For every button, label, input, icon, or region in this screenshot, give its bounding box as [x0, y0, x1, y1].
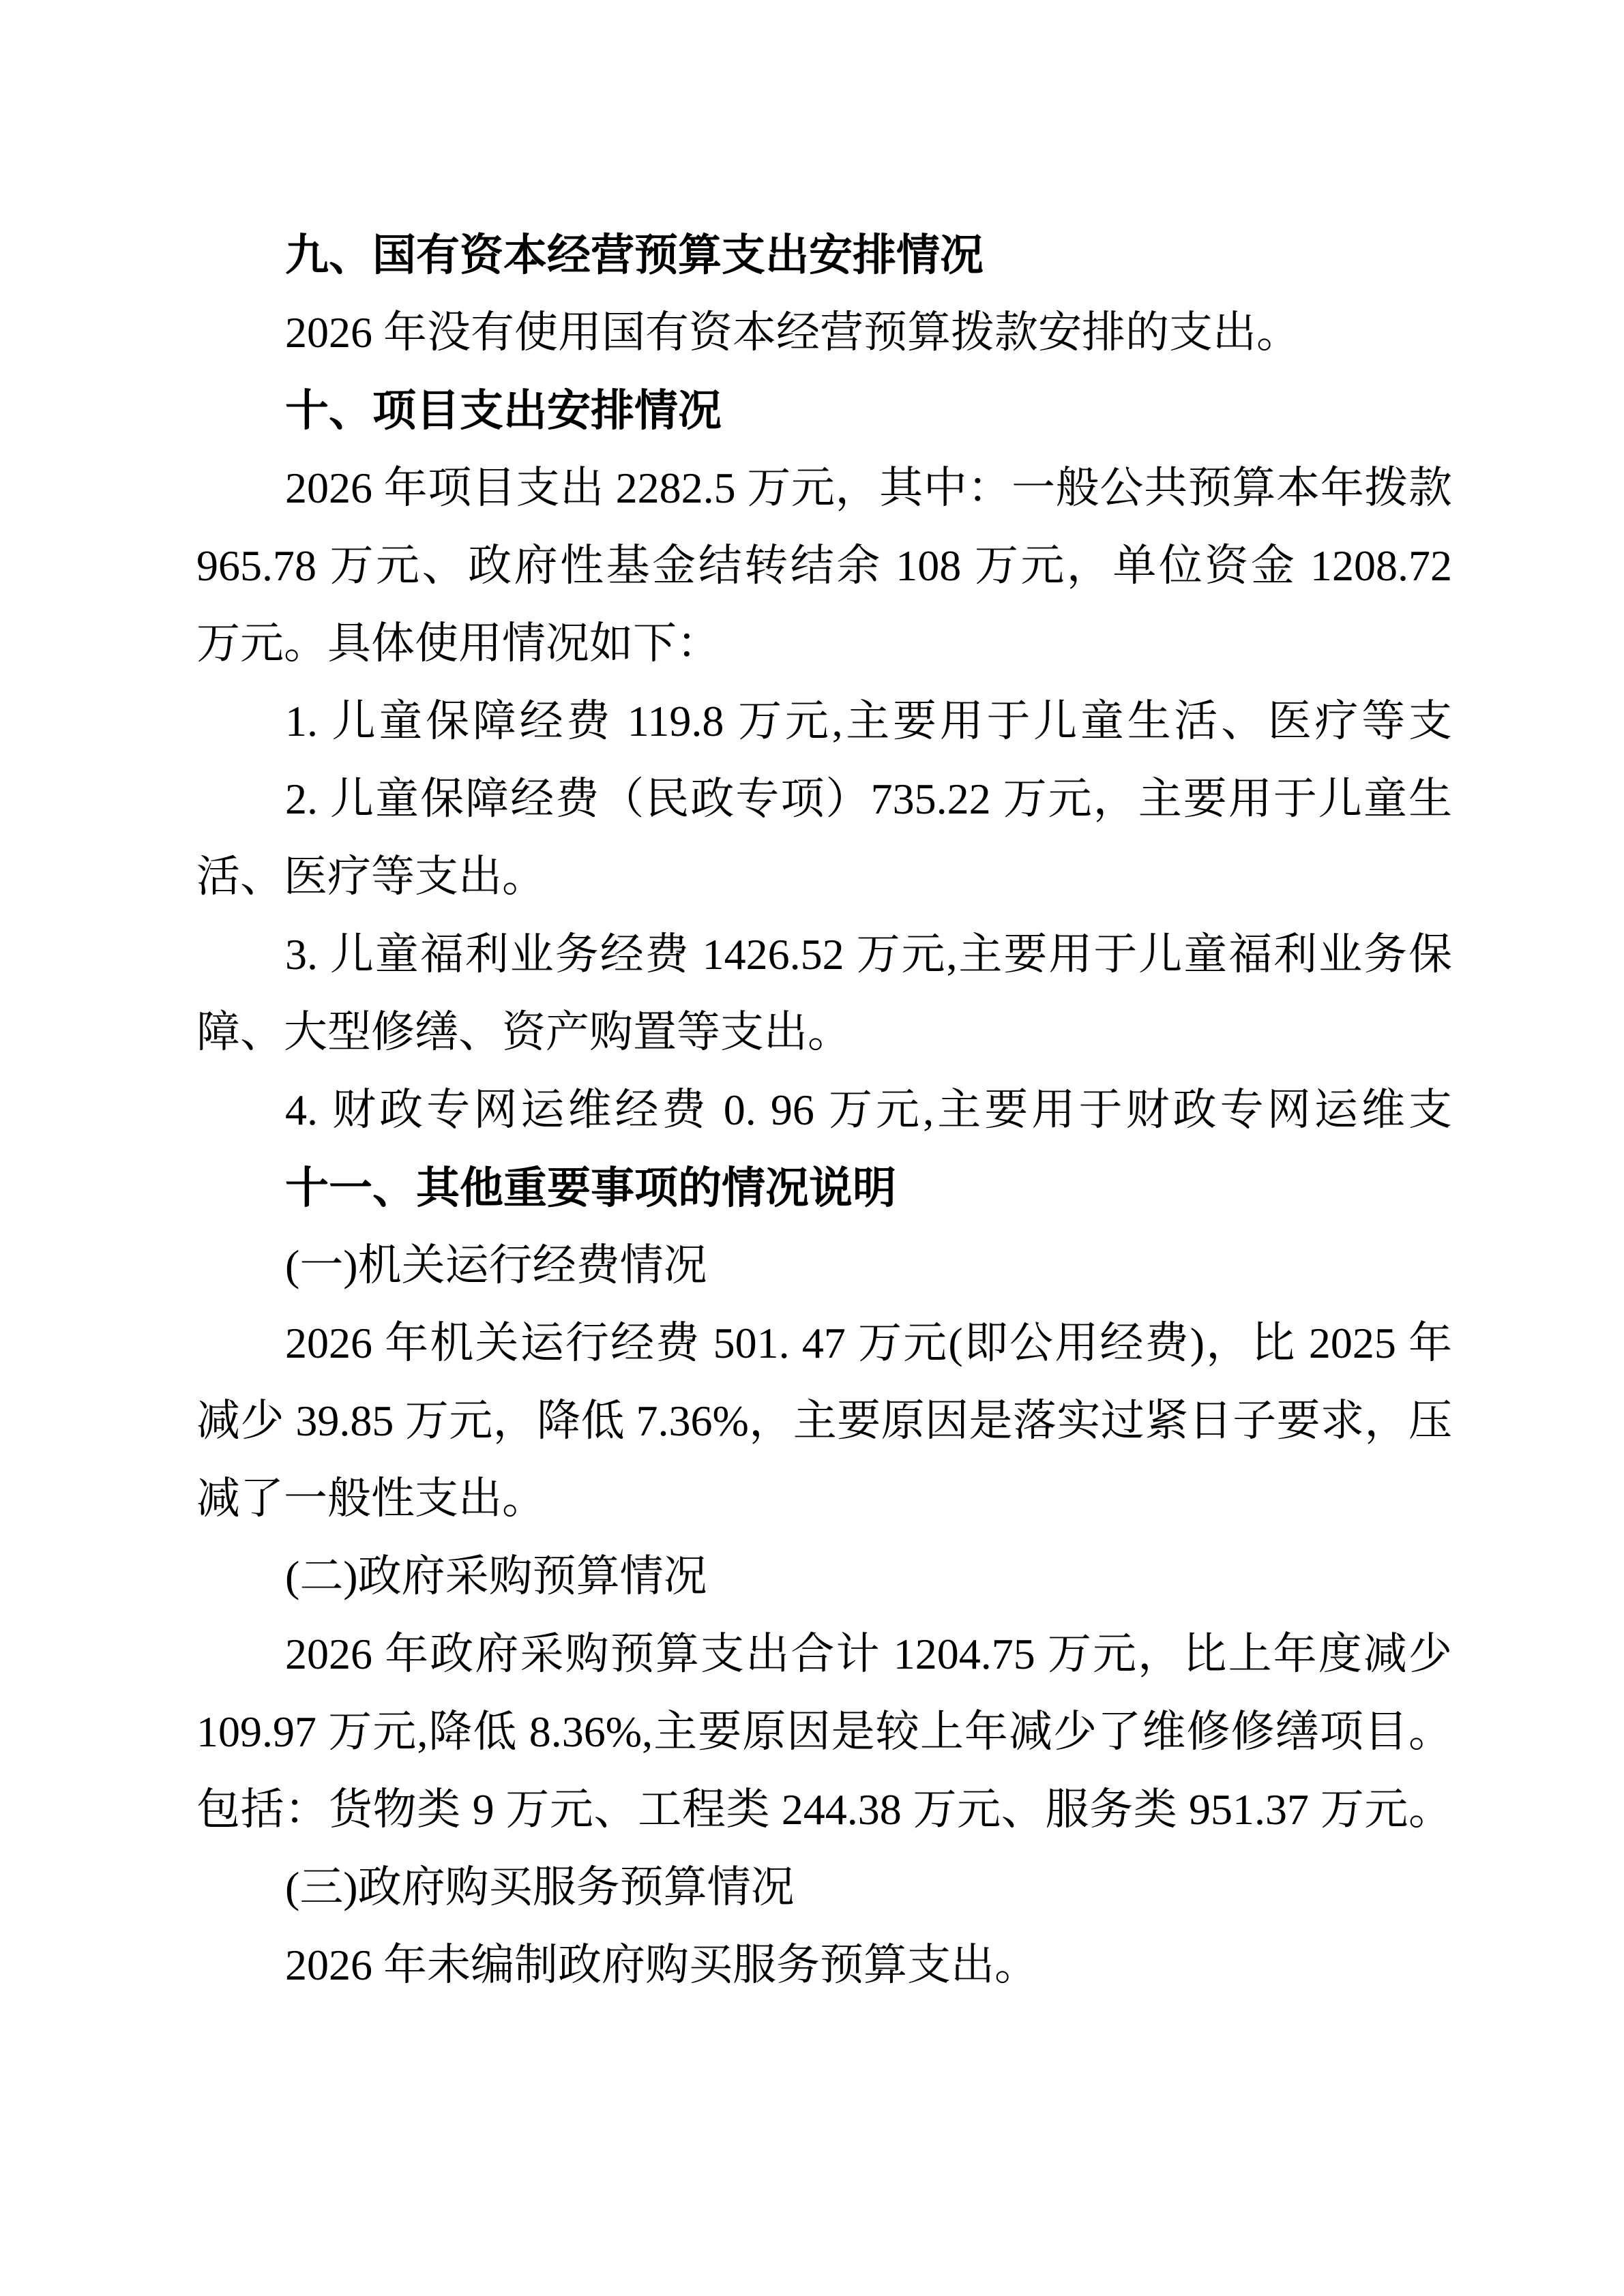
item-2-paragraph-line-1: 2. 儿童保障经费（民政专项）735.22 万元，主要用于儿童生: [196, 760, 1452, 838]
document-body: 九、国有资本经营预算支出安排情况 2026 年没有使用国有资本经营预算拨款安排的…: [196, 216, 1452, 2004]
section-10-paragraph-line-2: 965.78 万元、政府性基金结转结余 108 万元，单位资金 1208.72: [196, 527, 1452, 605]
document-page: 九、国有资本经营预算支出安排情况 2026 年没有使用国有资本经营预算拨款安排的…: [0, 0, 1624, 2296]
subsection-2-paragraph-line-2: 109.97 万元,降低 8.36%,主要原因是较上年减少了维修修缮项目。: [196, 1693, 1452, 1771]
item-1-paragraph: 1. 儿童保障经费 119.8 万元,主要用于儿童生活、医疗等支出。: [196, 683, 1452, 760]
subsection-1-paragraph-line-1: 2026 年机关运行经费 501. 47 万元(即公用经费)，比 2025 年: [196, 1304, 1452, 1382]
section-10-heading: 十、项目支出安排情况: [196, 372, 1452, 449]
subsection-3-paragraph: 2026 年未编制政府购买服务预算支出。: [196, 1926, 1452, 2004]
item-3-paragraph-line-1: 3. 儿童福利业务经费 1426.52 万元,主要用于儿童福利业务保: [196, 916, 1452, 994]
subsection-2-paragraph-line-3: 包括：货物类 9 万元、工程类 244.38 万元、服务类 951.37 万元。: [196, 1771, 1452, 1849]
section-9-paragraph: 2026 年没有使用国有资本经营预算拨款安排的支出。: [196, 294, 1452, 372]
section-9-heading: 九、国有资本经营预算支出安排情况: [196, 216, 1452, 294]
section-10-paragraph-line-1: 2026 年项目支出 2282.5 万元，其中：一般公共预算本年拨款: [196, 449, 1452, 527]
subsection-1-paragraph-line-3: 减了一般性支出。: [196, 1460, 1452, 1538]
subsection-2-heading: (二)政府采购预算情况: [196, 1538, 1452, 1615]
section-10-paragraph-line-3: 万元。具体使用情况如下：: [196, 605, 1452, 683]
section-11-heading: 十一、其他重要事项的情况说明: [196, 1149, 1452, 1227]
item-3-paragraph-line-2: 障、大型修缮、资产购置等支出。: [196, 994, 1452, 1071]
item-2-paragraph-line-2: 活、医疗等支出。: [196, 838, 1452, 916]
subsection-1-paragraph-line-2: 减少 39.85 万元，降低 7.36%，主要原因是落实过紧日子要求，压: [196, 1382, 1452, 1460]
subsection-2-paragraph-line-1: 2026 年政府采购预算支出合计 1204.75 万元，比上年度减少: [196, 1615, 1452, 1693]
subsection-1-heading: (一)机关运行经费情况: [196, 1227, 1452, 1304]
item-4-paragraph: 4. 财政专网运维经费 0. 96 万元,主要用于财政专网运维支出。: [196, 1071, 1452, 1149]
subsection-3-heading: (三)政府购买服务预算情况: [196, 1849, 1452, 1926]
